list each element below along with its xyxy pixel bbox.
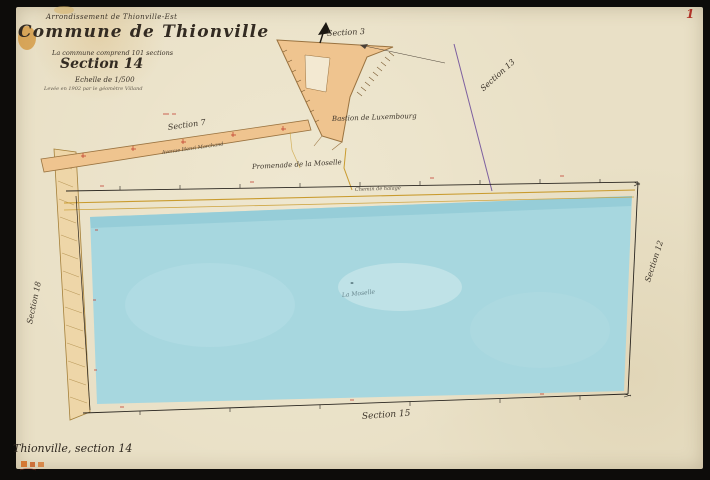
river-water: [90, 196, 632, 404]
commune-title: Commune de Thionville: [18, 24, 269, 41]
quay-strip: [54, 149, 90, 420]
scale-note: Echelle de 1/500: [75, 77, 135, 84]
sheet-page-number: 1: [686, 8, 694, 20]
section-boundary-purple: [454, 44, 492, 191]
section-title: Section 14: [60, 57, 143, 71]
arrondissement-title: Arrondissement de Thionville-Est: [46, 14, 177, 21]
map-drawing: [0, 0, 710, 480]
sheet-footer-title: Thionville, section 14: [13, 443, 132, 454]
survey-note: Levée en 1902 par le géomètre Villand: [44, 87, 143, 92]
scanned-cadastral-map: { "document": { "type": "cadastral map s…: [0, 0, 710, 480]
bastion-parcel: [277, 40, 394, 150]
